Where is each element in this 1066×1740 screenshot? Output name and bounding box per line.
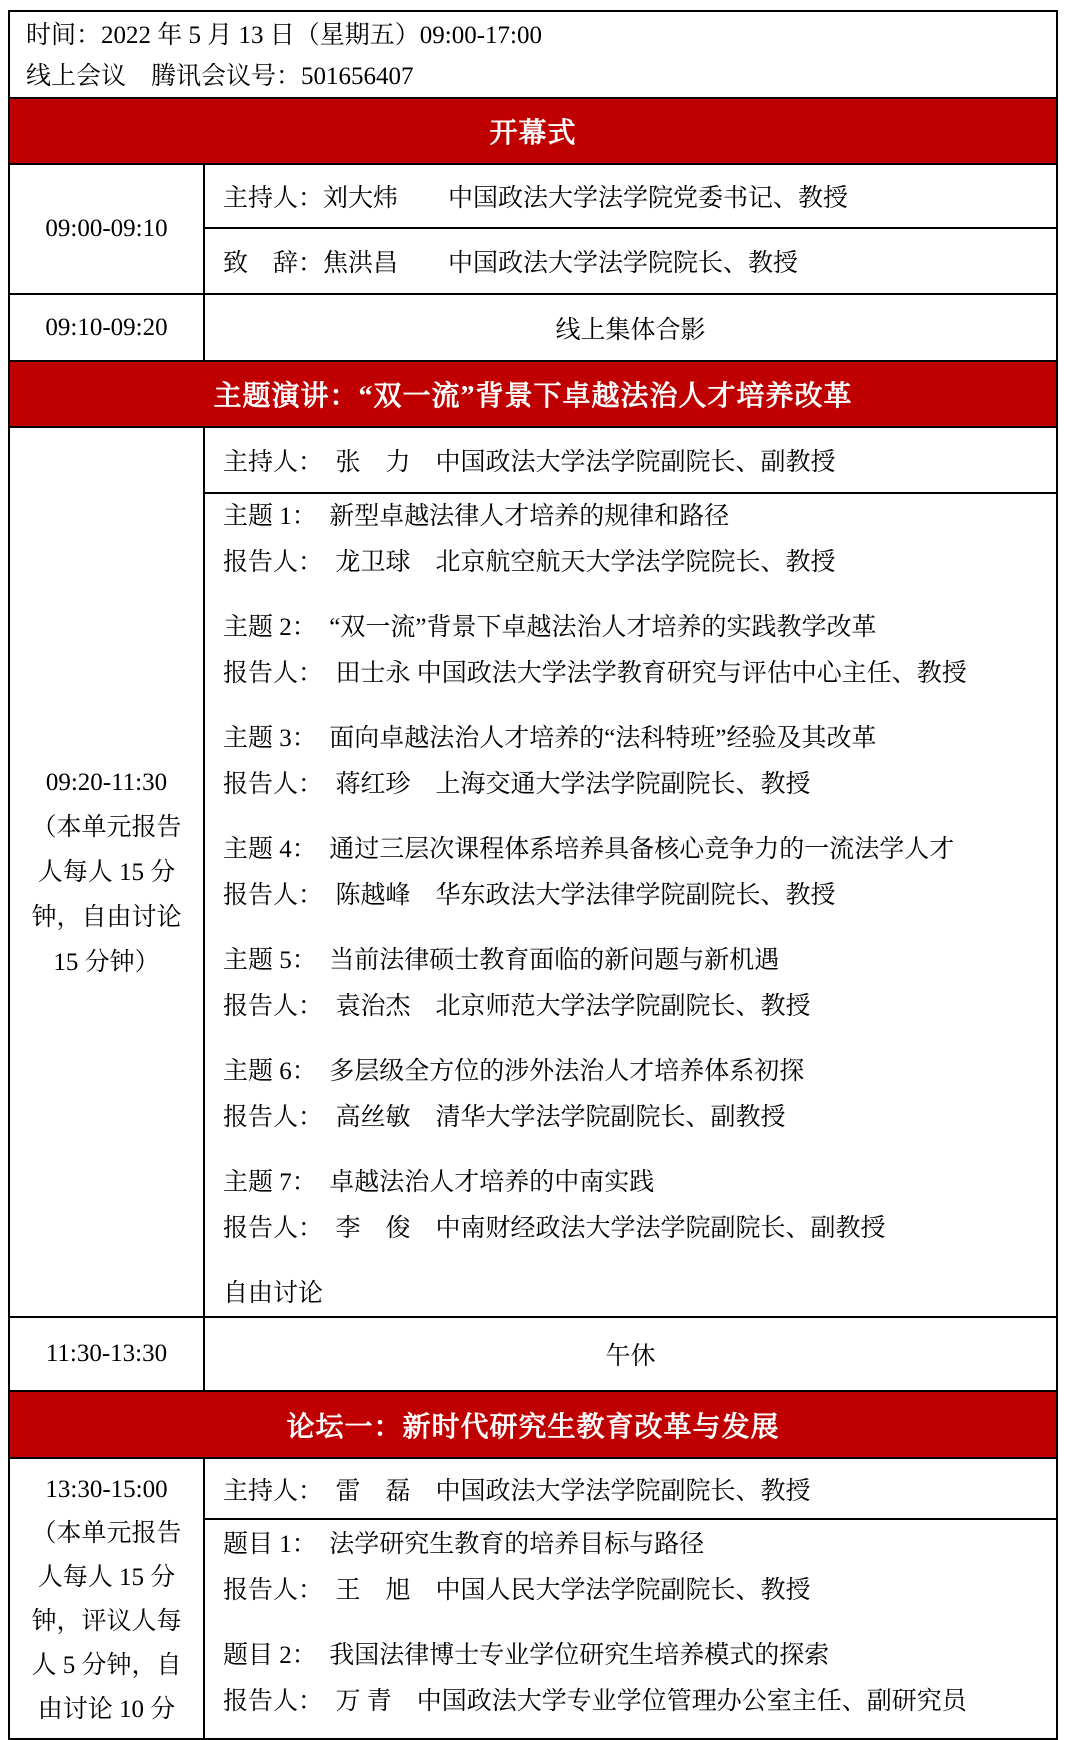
opening-banner: 开幕式: [10, 99, 1056, 165]
topic-title: 主题 2： “双一流”背景下卓越法治人才培养的实践教学改革: [223, 605, 1050, 651]
photo-row: 09:10-09:20 线上集体合影: [10, 295, 1056, 362]
opening-host-row: 主持人：刘大炜 中国政法大学法学院党委书记、教授: [205, 165, 1056, 229]
keynote-content: 主持人： 张 力 中国政法大学法学院副院长、副教授 主题 1： 新型卓越法律人才…: [205, 428, 1056, 1316]
topic-title: 主题 4： 通过三层次课程体系培养具备核心竞争力的一流法学人才: [223, 827, 1050, 873]
topic-block: 主题 5： 当前法律硕士教育面临的新问题与新机遇 报告人： 袁治杰 北京师范大学…: [223, 938, 1050, 1030]
free-discussion-label: 自由讨论: [223, 1271, 1050, 1316]
keynote-time-cell: 09:20-11:30 （本单元报告 人每人 15 分 钟，自由讨论 15 分钟…: [10, 428, 205, 1316]
forum1-banner: 论坛一：新时代研究生教育改革与发展: [10, 1392, 1056, 1459]
meeting-venue-line: 线上会议 腾讯会议号：501656407: [26, 56, 1056, 97]
schedule-table: 时间：2022 年 5 月 13 日（星期五）09:00-17:00 线上会议 …: [8, 10, 1058, 1736]
topic-speaker: 报告人： 陈越峰 华东政法大学法律学院副院长、教授: [223, 873, 1050, 919]
opening-row: 09:00-09:10 主持人：刘大炜 中国政法大学法学院党委书记、教授 致 辞…: [10, 165, 1056, 295]
opening-content: 主持人：刘大炜 中国政法大学法学院党委书记、教授 致 辞：焦洪昌 中国政法大学法…: [205, 165, 1056, 293]
topic-title: 题目 1： 法学研究生教育的培养目标与路径: [223, 1522, 1050, 1568]
lunch-time-cell: 11:30-13:30: [10, 1318, 205, 1390]
topic-speaker: 报告人： 田士永 中国政法大学法学教育研究与评估中心主任、教授: [223, 651, 1050, 697]
topic-title: 主题 5： 当前法律硕士教育面临的新问题与新机遇: [223, 938, 1050, 984]
topic-speaker: 报告人： 袁治杰 北京师范大学法学院副院长、教授: [223, 984, 1050, 1030]
topic-block: 题目 1： 法学研究生教育的培养目标与路径 报告人： 王 旭 中国人民大学法学院…: [223, 1522, 1050, 1614]
topic-speaker: 报告人： 高丝敏 清华大学法学院副院长、副教授: [223, 1095, 1050, 1141]
forum1-host-row: 主持人： 雷 磊 中国政法大学法学院副院长、教授: [205, 1459, 1056, 1520]
topic-speaker: 报告人： 李 俊 中南财经政法大学法学院副院长、副教授: [223, 1206, 1050, 1252]
forum1-row: 13:30-15:00 （本单元报告 人每人 15 分 钟，评议人每 人 5 分…: [10, 1459, 1056, 1736]
opening-time-cell: 09:00-09:10: [10, 165, 205, 293]
keynote-row: 09:20-11:30 （本单元报告 人每人 15 分 钟，自由讨论 15 分钟…: [10, 428, 1056, 1318]
keynote-topics: 主题 1： 新型卓越法律人才培养的规律和路径 报告人： 龙卫球 北京航空航天大学…: [205, 494, 1056, 1316]
forum1-content: 主持人： 雷 磊 中国政法大学法学院副院长、教授 题目 1： 法学研究生教育的培…: [205, 1459, 1056, 1736]
topic-title: 主题 3： 面向卓越法治人才培养的“法科特班”经验及其改革: [223, 716, 1050, 762]
topic-title: 主题 1： 新型卓越法律人才培养的规律和路径: [223, 494, 1050, 540]
topic-block: 题目 2： 我国法律博士专业学位研究生培养模式的探索 报告人： 万 青 中国政法…: [223, 1633, 1050, 1725]
meeting-info-cell: 时间：2022 年 5 月 13 日（星期五）09:00-17:00 线上会议 …: [10, 12, 1056, 99]
photo-label: 线上集体合影: [205, 295, 1056, 360]
keynote-banner: 主题演讲：“双一流”背景下卓越法治人才培养改革: [10, 362, 1056, 428]
lunch-row: 11:30-13:30 午休: [10, 1318, 1056, 1392]
photo-time-cell: 09:10-09:20: [10, 295, 205, 360]
topic-block: 主题 1： 新型卓越法律人才培养的规律和路径 报告人： 龙卫球 北京航空航天大学…: [223, 494, 1050, 586]
keynote-host-row: 主持人： 张 力 中国政法大学法学院副院长、副教授: [205, 428, 1056, 494]
forum1-topics: 题目 1： 法学研究生教育的培养目标与路径 报告人： 王 旭 中国人民大学法学院…: [205, 1520, 1056, 1736]
forum1-time-cell: 13:30-15:00 （本单元报告 人每人 15 分 钟，评议人每 人 5 分…: [10, 1459, 205, 1736]
topic-speaker: 报告人： 龙卫球 北京航空航天大学法学院院长、教授: [223, 540, 1050, 586]
topic-block: 主题 4： 通过三层次课程体系培养具备核心竞争力的一流法学人才 报告人： 陈越峰…: [223, 827, 1050, 919]
topic-title: 主题 7： 卓越法治人才培养的中南实践: [223, 1160, 1050, 1206]
topic-title: 主题 6： 多层级全方位的涉外法治人才培养体系初探: [223, 1049, 1050, 1095]
meeting-date-line: 时间：2022 年 5 月 13 日（星期五）09:00-17:00: [26, 15, 1056, 56]
opening-speech-row: 致 辞：焦洪昌 中国政法大学法学院院长、教授: [205, 229, 1056, 293]
topic-speaker: 报告人： 蒋红珍 上海交通大学法学院副院长、教授: [223, 762, 1050, 808]
topic-block: 主题 2： “双一流”背景下卓越法治人才培养的实践教学改革 报告人： 田士永 中…: [223, 605, 1050, 697]
topic-block: 主题 3： 面向卓越法治人才培养的“法科特班”经验及其改革 报告人： 蒋红珍 上…: [223, 716, 1050, 808]
topic-title: 题目 2： 我国法律博士专业学位研究生培养模式的探索: [223, 1633, 1050, 1679]
topic-speaker: 报告人： 王 旭 中国人民大学法学院副院长、教授: [223, 1568, 1050, 1614]
topic-block: 主题 7： 卓越法治人才培养的中南实践 报告人： 李 俊 中南财经政法大学法学院…: [223, 1160, 1050, 1252]
topic-block: 主题 6： 多层级全方位的涉外法治人才培养体系初探 报告人： 高丝敏 清华大学法…: [223, 1049, 1050, 1141]
lunch-label: 午休: [205, 1318, 1056, 1390]
topic-speaker: 报告人： 万 青 中国政法大学专业学位管理办公室主任、副研究员: [223, 1679, 1050, 1725]
